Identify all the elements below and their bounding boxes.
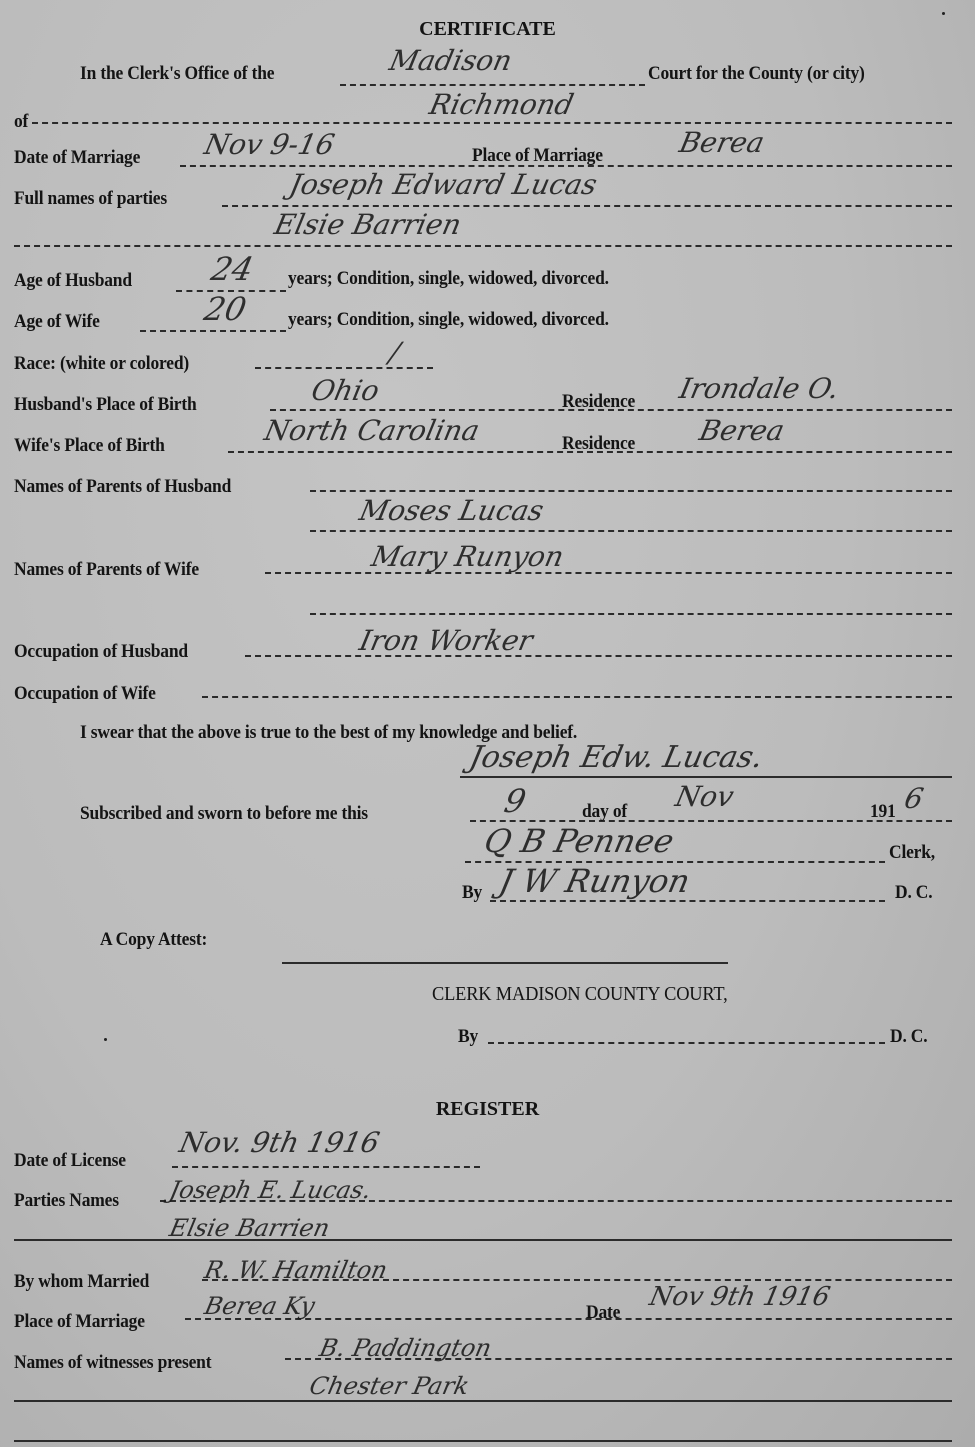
witnesses-label: Names of witnesses present [14,1352,211,1374]
husband-residence-label: Residence [562,391,635,413]
register-date-label: Date [586,1302,620,1324]
of-label: of [14,111,28,133]
ink-spot [942,12,945,15]
date-of-license-label: Date of License [14,1150,126,1172]
parents-wife-value: Mary Runyon [368,540,566,573]
register-title: REGISTER [0,1098,975,1121]
occupation-husband-label: Occupation of Husband [14,641,188,663]
party-1-name: Joseph Edward Lucas [286,168,599,201]
witness-1: B. Paddington [317,1334,494,1362]
husband-birth-label: Husband's Place of Birth [14,394,197,416]
court-label: Court for the County (or city) [648,63,865,85]
sworn-day: 9 [501,782,529,820]
parents-husband-label: Names of Parents of Husband [14,476,231,498]
sworn-year-suffix: 6 [901,782,926,815]
register-party-2: Elsie Barrien [167,1214,332,1242]
occupation-husband-value: Iron Worker [356,624,535,657]
marriage-certificate-document: CERTIFICATE In the Clerk's Office of the… [0,0,975,1447]
age-wife-value: 20 [201,290,250,328]
wife-residence-label: Residence [562,433,635,455]
witnesses-line-2 [14,1400,952,1402]
applicant-signature: Joseph Edw. Lucas. [466,740,766,775]
ink-spot [104,1038,107,1041]
occupation-wife-label: Occupation of Wife [14,683,156,705]
witness-2: Chester Park [307,1372,472,1400]
full-names-line-2 [14,245,952,247]
party-2-name: Elsie Barrien [271,208,464,241]
clerk-signature: Q B Pennee [481,822,677,860]
register-place-label: Place of Marriage [14,1311,145,1333]
deputy-signature: J W Runyon [496,862,693,900]
parties-names-line-2 [14,1239,952,1241]
wife-residence-value: Berea [696,414,787,447]
full-names-label: Full names of parties [14,188,167,210]
race-value: / [386,336,402,369]
attest-dc-label: D. C. [890,1026,927,1048]
of-value: Richmond [426,88,576,121]
day-of-label: day of [582,801,627,823]
attest-by-line [488,1042,885,1044]
by-label: By [462,882,482,904]
date-of-marriage-label: Date of Marriage [14,147,140,169]
occupation-husband-line [245,655,952,657]
register-party-1: Joseph E. Lucas. [167,1176,374,1204]
date-of-license-line [172,1166,480,1168]
parents-husband-line-1 [310,490,952,492]
age-wife-line [140,330,286,332]
race-label: Race: (white or colored) [14,353,189,375]
parties-names-label: Parties Names [14,1190,119,1212]
certificate-title: CERTIFICATE [0,18,975,41]
copy-attest-label: A Copy Attest: [100,929,207,951]
register-date-value: Nov 9th 1916 [647,1282,833,1312]
age-wife-label: Age of Wife [14,311,100,333]
deputy-line [490,900,885,902]
race-line [255,367,433,369]
clerk-label: Clerk, [889,842,935,864]
dc-label: D. C. [895,882,932,904]
parents-wife-line-2 [310,613,952,615]
witnesses-line-3 [14,1440,952,1442]
wife-birth-label: Wife's Place of Birth [14,435,165,457]
age-husband-value: 24 [208,250,257,288]
place-of-marriage-value: Berea [676,126,767,159]
clerk-office-line [340,84,645,86]
sworn-label: Subscribed and sworn to before me this [80,803,368,825]
attest-by-label: By [458,1026,478,1048]
wife-birth-value: North Carolina [261,414,482,447]
place-of-marriage-label: Place of Marriage [472,145,603,167]
parents-husband-line-2 [310,530,952,532]
full-names-line-1 [222,205,952,207]
clerk-office-value: Madison [386,44,515,77]
copy-attest-line [282,962,728,964]
occupation-wife-line [202,696,952,698]
husband-residence-value: Irondale O. [676,372,842,405]
by-whom-label: By whom Married [14,1271,149,1293]
clerk-madison-label: CLERK MADISON COUNTY COURT, [432,983,727,1006]
parents-wife-label: Names of Parents of Wife [14,559,199,581]
date-of-marriage-value: Nov 9-16 [201,128,337,161]
wife-condition-text: years; Condition, single, widowed, divor… [288,309,609,331]
sworn-year-prefix: 191 [870,801,896,823]
husband-condition-text: years; Condition, single, widowed, divor… [288,268,609,290]
parents-husband-value: Moses Lucas [356,494,546,527]
date-of-license-value: Nov. 9th 1916 [176,1126,382,1159]
of-line [32,122,952,124]
clerk-office-label: In the Clerk's Office of the [80,63,274,85]
age-husband-label: Age of Husband [14,270,132,292]
by-whom-value: R. W. Hamilton [202,1256,390,1284]
husband-birth-value: Ohio [308,374,382,407]
register-place-value: Berea Ky [202,1292,317,1320]
applicant-signature-line [460,776,952,778]
sworn-month: Nov [672,780,736,813]
